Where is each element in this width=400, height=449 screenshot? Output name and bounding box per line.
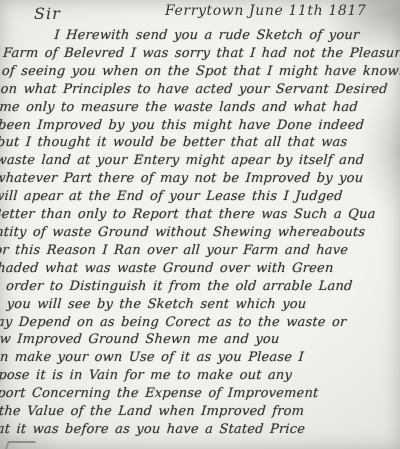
letter-line: I Herewith send you a rude Sketch of you… xyxy=(4,27,398,45)
letter-line: -ntity of waste Ground without Shewing w… xyxy=(0,224,384,242)
letter-line: Report Concerning the Expense of Improve… xyxy=(0,385,373,403)
letter-line: new Improved Ground Shewn me and you xyxy=(0,331,377,349)
letter-line: waste land at your Entery might apear by… xyxy=(0,152,389,170)
cutoff-line-fragment xyxy=(4,441,36,449)
letter-page: Sir Ferrytown June 11th 1817 I Herewith … xyxy=(0,0,400,449)
letter-line: Farm of Belevred I was sorry that I had … xyxy=(2,45,396,63)
letter-salutation: Sir xyxy=(34,4,61,23)
letter-line: on what Principles to have acted your Se… xyxy=(0,81,394,99)
letter-line: as you will see by the Sketch sent which… xyxy=(0,296,379,314)
letter-line: may Depend on as being Corect as to the … xyxy=(0,314,378,332)
letter-line: Can make your own Use of it as you Pleas… xyxy=(0,349,375,367)
letter-line: or the Value of the Land when Improved f… xyxy=(0,403,372,421)
letter-line: in order to Distinguish it from the old … xyxy=(0,278,380,296)
letter-dateline: Ferrytown June 11th 1817 xyxy=(165,3,366,19)
letter-line: Shaded what was waste Ground over with G… xyxy=(0,260,382,278)
letter-line: for this Reason I Ran over all your Farm… xyxy=(0,242,383,260)
letter-line: what it was before as you have a Stated … xyxy=(0,421,370,439)
letter-line: whatever Part there of may not be Improv… xyxy=(0,170,388,188)
letter-line: of seeing you when on the Spot that I mi… xyxy=(1,63,395,81)
letter-line: me only to measure the waste lands and w… xyxy=(0,99,393,117)
letter-line: will apear at the End of your Lease this… xyxy=(0,188,387,206)
letter-line: but I thought it would be better that al… xyxy=(0,134,390,152)
letter-body: I Herewith send you a rude Sketch of you… xyxy=(0,27,398,439)
letter-line: Supose it is in Vain for me to make out … xyxy=(0,367,374,385)
letter-line: been Improved by you this might have Don… xyxy=(0,117,392,135)
letter-line: Better than only to Report that there wa… xyxy=(0,206,385,224)
